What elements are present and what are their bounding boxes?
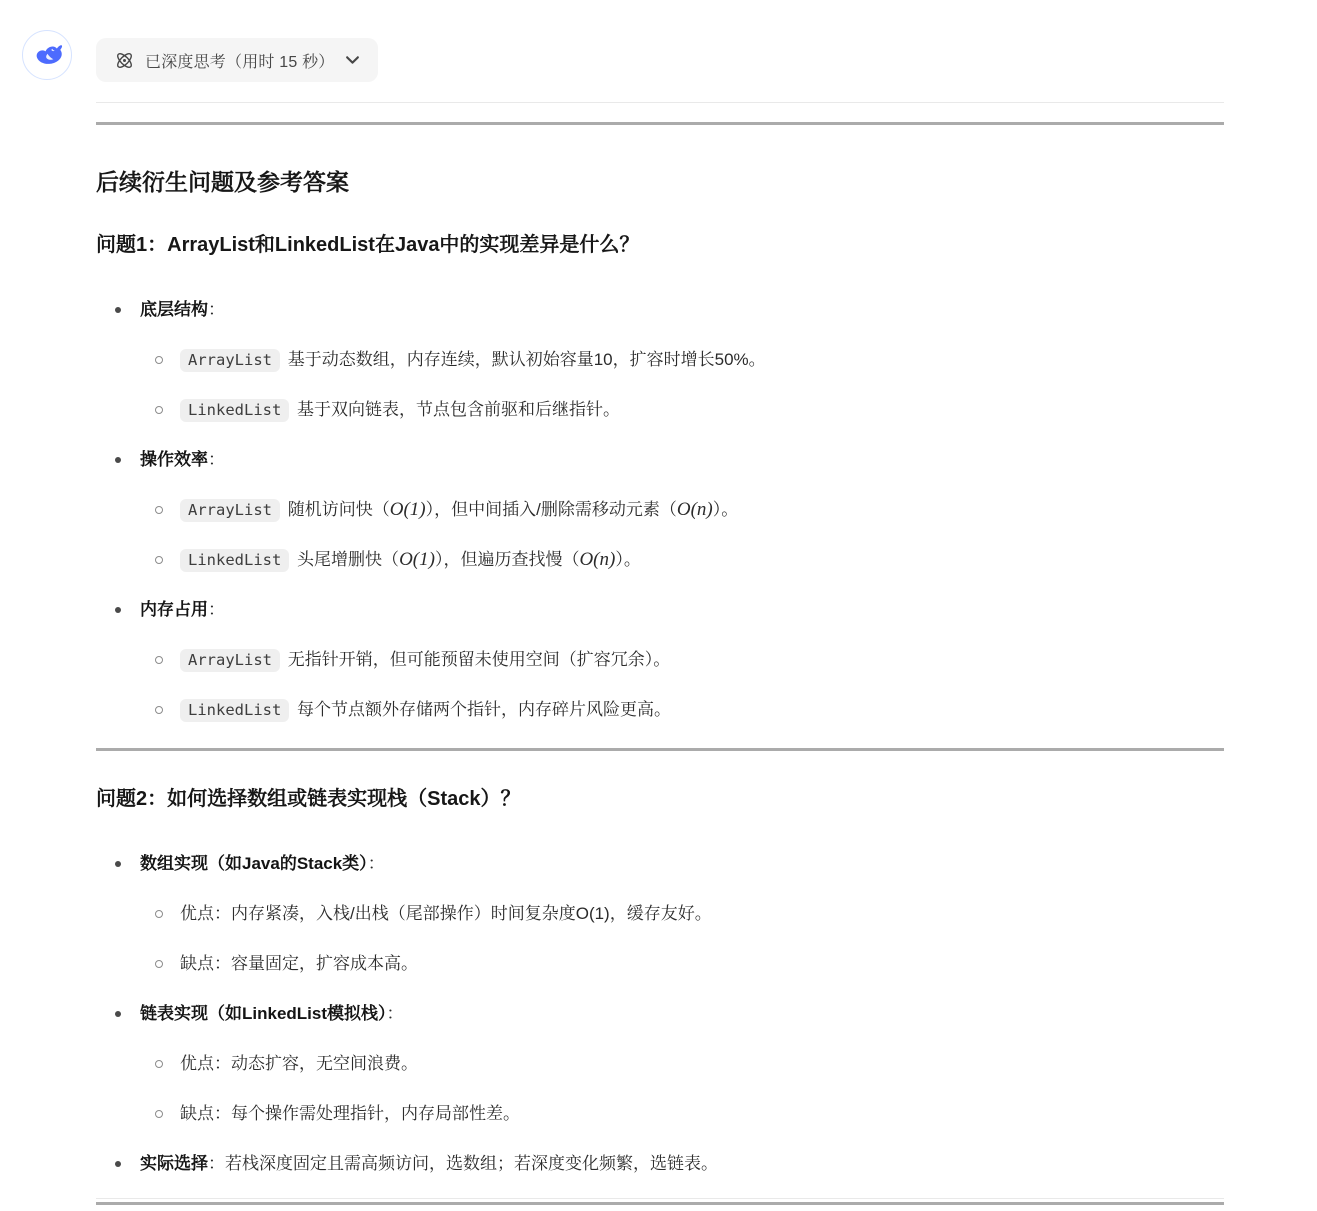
sub-list-item: ArrayList 基于动态数组，内存连续，默认初始容量10，扩容时增长50%。 (140, 346, 1224, 374)
atom-icon (114, 50, 135, 71)
response-header: 已深度思考（用时 15 秒） (0, 0, 1317, 82)
deepseek-avatar (22, 30, 72, 80)
divider (96, 1198, 1224, 1199)
item-label: 链表实现（如LinkedList模拟栈） (140, 1004, 387, 1023)
list-item: 操作效率：ArrayList 随机访问快（O(1)），但中间插入/删除需移动元素… (96, 446, 1224, 574)
divider (96, 102, 1224, 103)
list-item: 数组实现（如Java的Stack类）：优点：内存紧凑，入栈/出栈（尾部操作）时间… (96, 850, 1224, 978)
sub-list: ArrayList 无指针开销，但可能预留未使用空间（扩容冗余）。LinkedL… (140, 646, 1224, 724)
math-expression: O(1) (399, 549, 435, 570)
list-item: 实际选择：若栈深度固定且需高频访问，选数组；若深度变化频繁，选链表。 (96, 1150, 1224, 1178)
sub-list-item: ArrayList 无指针开销，但可能预留未使用空间（扩容冗余）。 (140, 646, 1224, 674)
whale-icon (30, 38, 64, 72)
sub-list-item: LinkedList 头尾增删快（O(1)），但遍历查找慢（O(n)）。 (140, 546, 1224, 574)
list-item: 底层结构：ArrayList 基于动态数组，内存连续，默认初始容量10，扩容时增… (96, 296, 1224, 424)
item-label: 操作效率 (140, 450, 208, 469)
divider (96, 122, 1224, 125)
sub-list: ArrayList 随机访问快（O(1)），但中间插入/删除需移动元素（O(n)… (140, 496, 1224, 574)
sub-list-item: ArrayList 随机访问快（O(1)），但中间插入/删除需移动元素（O(n)… (140, 496, 1224, 524)
inline-code: ArrayList (180, 649, 280, 672)
divider (96, 1202, 1224, 1205)
sub-list-item: 优点：动态扩容，无空间浪费。 (140, 1050, 1224, 1078)
inline-code: LinkedList (180, 549, 289, 572)
deep-think-toggle[interactable]: 已深度思考（用时 15 秒） (96, 38, 378, 82)
section-title: 后续衍生问题及参考答案 (96, 167, 1224, 197)
answer-list: 数组实现（如Java的Stack类）：优点：内存紧凑，入栈/出栈（尾部操作）时间… (96, 850, 1224, 1178)
sub-list: 优点：动态扩容，无空间浪费。缺点：每个操作需处理指针，内存局部性差。 (140, 1050, 1224, 1128)
math-expression: O(n) (677, 499, 713, 520)
chevron-down-icon (345, 55, 360, 65)
deep-think-label: 已深度思考（用时 15 秒） (145, 49, 335, 72)
math-expression: O(1) (390, 499, 426, 520)
question-title: 问题2：如何选择数组或链表实现栈（Stack）？ (96, 785, 1224, 813)
divider (96, 748, 1224, 751)
inline-code: ArrayList (180, 349, 280, 372)
inline-code: LinkedList (180, 699, 289, 722)
sub-list-item: LinkedList 基于双向链表，节点包含前驱和后继指针。 (140, 396, 1224, 424)
sub-list-item: 优点：内存紧凑，入栈/出栈（尾部操作）时间复杂度O(1)，缓存友好。 (140, 900, 1224, 928)
inline-code: ArrayList (180, 499, 280, 522)
item-label: 底层结构 (140, 300, 208, 319)
item-label: 实际选择 (140, 1154, 208, 1173)
qa-sections: 问题1：ArrayList和LinkedList在Java中的实现差异是什么？底… (96, 231, 1224, 1178)
item-label: 数组实现（如Java的Stack类） (140, 854, 368, 873)
sub-list-item: 缺点：每个操作需处理指针，内存局部性差。 (140, 1100, 1224, 1128)
list-item: 链表实现（如LinkedList模拟栈）：优点：动态扩容，无空间浪费。缺点：每个… (96, 1000, 1224, 1128)
sub-list: 优点：内存紧凑，入栈/出栈（尾部操作）时间复杂度O(1)，缓存友好。缺点：容量固… (140, 900, 1224, 978)
sub-list: ArrayList 基于动态数组，内存连续，默认初始容量10，扩容时增长50%。… (140, 346, 1224, 424)
sub-list-item: LinkedList 每个节点额外存储两个指针，内存碎片风险更高。 (140, 696, 1224, 724)
math-expression: O(n) (579, 549, 615, 570)
answer-list: 底层结构：ArrayList 基于动态数组，内存连续，默认初始容量10，扩容时增… (96, 296, 1224, 724)
sub-list-item: 缺点：容量固定，扩容成本高。 (140, 950, 1224, 978)
inline-code: LinkedList (180, 399, 289, 422)
item-label: 内存占用 (140, 600, 208, 619)
assistant-message: 后续衍生问题及参考答案 问题1：ArrayList和LinkedList在Jav… (96, 102, 1224, 1205)
question-title: 问题1：ArrayList和LinkedList在Java中的实现差异是什么？ (96, 231, 1224, 259)
list-item: 内存占用：ArrayList 无指针开销，但可能预留未使用空间（扩容冗余）。Li… (96, 596, 1224, 724)
